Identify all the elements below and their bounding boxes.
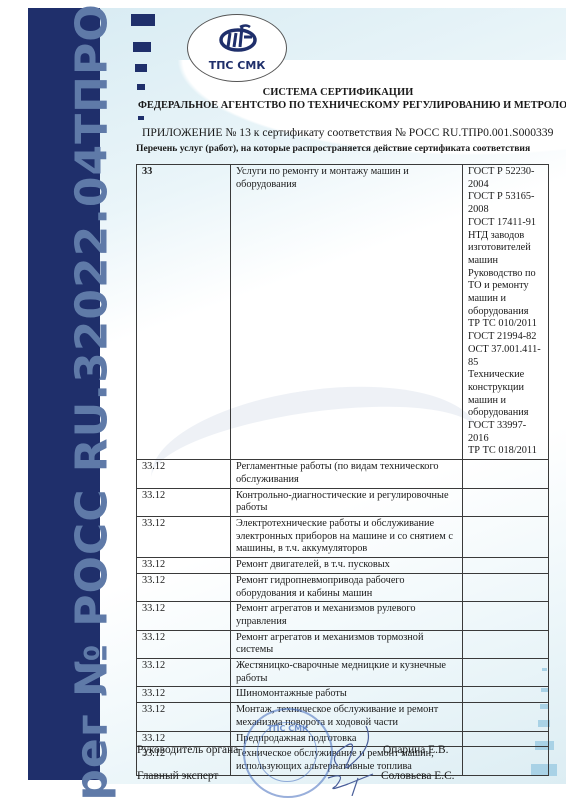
service-code: 33.12 — [137, 488, 231, 516]
registration-number: рег № РОСС RU.32022.04ТПРО — [67, 3, 118, 800]
service-standards — [463, 558, 549, 574]
service-code: 33.12 — [137, 460, 231, 488]
service-standards — [463, 516, 549, 557]
service-standards — [463, 731, 549, 747]
service-standards — [463, 703, 549, 731]
service-code: 33.12 — [137, 516, 231, 557]
decor-bar — [138, 116, 144, 120]
standard-item: ОСТ 37.001.411-85 — [468, 344, 544, 369]
service-standards — [463, 659, 549, 687]
agency-title: ФЕДЕРАЛЬНОЕ АГЕНТСТВО ПО ТЕХНИЧЕСКОМУ РЕ… — [138, 100, 566, 111]
expert-title: Главный эксперт — [137, 770, 218, 782]
service-standards: ГОСТ Р 52230-2004ГОСТ Р 53165-2008ГОСТ 1… — [463, 165, 549, 460]
service-name: Ремонт двигателей, в т.ч. пусковых — [231, 558, 463, 574]
standard-item: Технические конструкции машин и оборудов… — [468, 369, 544, 420]
table-row: 33.12Электротехнические работы и обслужи… — [137, 516, 549, 557]
services-list-title: Перечень услуг (работ), на которые распр… — [136, 143, 530, 154]
appendix-title: ПРИЛОЖЕНИЕ № 13 к сертификату соответств… — [142, 126, 553, 139]
standard-item: ГОСТ 17411-91 — [468, 217, 544, 230]
service-code: 33 — [137, 165, 231, 460]
service-standards — [463, 488, 549, 516]
service-name: Ремонт агрегатов и механизмов рулевого у… — [231, 602, 463, 630]
tps-smk-logo: ТПС СМК — [187, 14, 287, 82]
background-swoosh — [100, 60, 566, 180]
service-name: Жестяницко-сварочные медницкие и кузнечн… — [231, 659, 463, 687]
service-name: Услуги по ремонту и монтажу машин и обор… — [231, 165, 463, 460]
table-row: 33.12Жестяницко-сварочные медницкие и ку… — [137, 659, 549, 687]
standard-item: ТР ТС 010/2011 — [468, 318, 544, 331]
head-name: Опарина Е.В. — [383, 744, 448, 756]
decor-bar — [131, 14, 155, 26]
service-name: Шиномонтажные работы — [231, 687, 463, 703]
standard-item: ГОСТ Р 53165-2008 — [468, 191, 544, 216]
decor-bar — [133, 42, 151, 52]
standard-item: Руководство по ТО и ремонту машин и обор… — [468, 268, 544, 319]
service-standards — [463, 687, 549, 703]
table-row: 33.12Шиномонтажные работы — [137, 687, 549, 703]
registration-sidebar: рег № РОСС RU.32022.04ТПРО — [28, 8, 100, 780]
service-standards — [463, 460, 549, 488]
table-row: 33.12Регламентные работы (по видам техни… — [137, 460, 549, 488]
service-name: Ремонт агрегатов и механизмов тормозной … — [231, 630, 463, 658]
service-code: 33.12 — [137, 703, 231, 731]
standard-item: НТД заводов изготовителей машин — [468, 230, 544, 268]
signature-scribble — [318, 716, 388, 796]
table-row-main: 33 Услуги по ремонту и монтажу машин и о… — [137, 165, 549, 460]
service-code: 33.12 — [137, 602, 231, 630]
standard-item: ТР ТС 018/2011 — [468, 445, 544, 458]
service-name: Электротехнические работы и обслуживание… — [231, 516, 463, 557]
service-standards — [463, 602, 549, 630]
table-row: 33.12Ремонт двигателей, в т.ч. пусковых — [137, 558, 549, 574]
service-name: Регламентные работы (по видам техническо… — [231, 460, 463, 488]
table-row: 33.12Ремонт агрегатов и механизмов рулев… — [137, 602, 549, 630]
service-code: 33.12 — [137, 573, 231, 601]
expert-name: Соловьева Е.С. — [381, 770, 455, 782]
services-table: 33 Услуги по ремонту и монтажу машин и о… — [136, 164, 549, 776]
standard-item: ГОСТ 21994-82 — [468, 331, 544, 344]
service-standards — [463, 630, 549, 658]
decor-bar — [135, 64, 147, 72]
service-code: 33.12 — [137, 687, 231, 703]
logo-text: ТПС СМК — [188, 59, 286, 72]
service-code: 33.12 — [137, 659, 231, 687]
table-row: 33.12Ремонт гидропневмопривода рабочего … — [137, 573, 549, 601]
standard-item: ГОСТ Р 52230-2004 — [468, 166, 544, 191]
head-title: Руководитель органа — [137, 744, 238, 756]
service-code: 33.12 — [137, 630, 231, 658]
table-row: 33.12Контрольно-диагностические и регули… — [137, 488, 549, 516]
service-code: 33.12 — [137, 558, 231, 574]
service-standards — [463, 747, 549, 775]
service-name: Контрольно-диагностические и регулировоч… — [231, 488, 463, 516]
service-name: Ремонт гидропневмопривода рабочего обору… — [231, 573, 463, 601]
standard-item: ГОСТ 33997-2016 — [468, 420, 544, 445]
certification-system-title: СИСТЕМА СЕРТИФИКАЦИИ — [0, 87, 566, 98]
tps-smk-emblem-icon — [218, 23, 258, 53]
table-row: 33.12Ремонт агрегатов и механизмов тормо… — [137, 630, 549, 658]
service-standards — [463, 573, 549, 601]
